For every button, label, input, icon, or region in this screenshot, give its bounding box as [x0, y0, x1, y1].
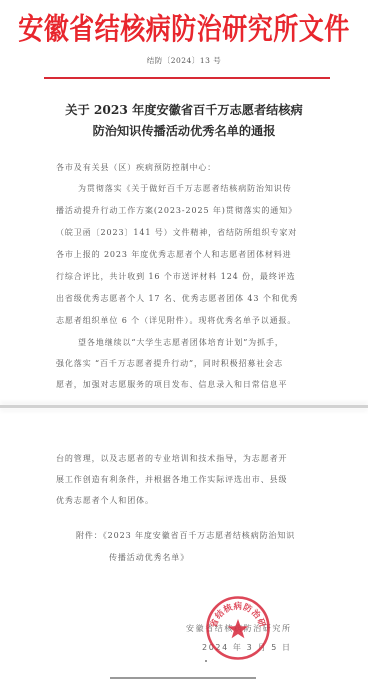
footer-rule — [110, 677, 256, 679]
paragraph-line: 行综合评比，共计收到 16 个市送评材料 124 份，最终评选 — [56, 271, 296, 282]
paragraph-line: 播活动提升行动工作方案(2023-2025 年)贯彻落实的通知》 — [56, 205, 297, 216]
paragraph-line: 展工作创造有利条件，并根据各地工作实际评选出市、县级 — [56, 474, 287, 485]
paragraph-line: 各市上报的 2023 年度优秀志愿者个人和志愿者团体材料进 — [56, 249, 292, 260]
notice-title: 关于 2023 年度安徽省百千万志愿者结核病 防治知识传播活动优秀名单的通报 — [0, 100, 368, 142]
official-seal-icon: 安徽省结核病防治研究所 — [205, 595, 271, 661]
paragraph-line: （皖卫函〔2023〕141 号）文件精神，省结防所组织专家对 — [56, 227, 297, 238]
scan-speck — [205, 660, 207, 662]
paragraph-line: 志愿者组织单位 6 个（详见附件）。现将优秀名单予以通报。 — [56, 315, 296, 326]
attachment-line-1: 附件：《2023 年度安徽省百千万志愿者结核病防治知识 — [76, 530, 295, 541]
attachment-line-2: 传播活动优秀名单》 — [109, 552, 189, 563]
notice-title-line-2: 防治知识传播活动优秀名单的通报 — [0, 121, 368, 142]
paragraph-line: 愿者，加强对志愿服务的项目发布、信息录入和日常信息平 — [56, 379, 287, 390]
paragraph-line: 优秀志愿者个人和团体。 — [56, 495, 154, 506]
notice-title-line-1: 关于 2023 年度安徽省百千万志愿者结核病 — [0, 100, 368, 121]
paragraph-line: 强化落实 “百千万志愿者提升行动”，同时积极招募社会志 — [56, 358, 283, 369]
document-number: 结防〔2024〕13 号 — [0, 55, 368, 66]
header-red-rule — [44, 77, 330, 79]
paragraph-line: 望各地继续以“大学生志愿者团体培育计划”为抓手， — [78, 337, 284, 348]
paragraph-line: 台的管理，以及志愿者的专业培训和技术指导，为志愿者开 — [56, 453, 287, 464]
page-break-divider — [0, 405, 368, 408]
salutation: 各市及有关县（区）疾病预防控制中心： — [56, 162, 216, 173]
org-header-title: 安徽省结核病防治研究所文件 — [0, 6, 368, 48]
paragraph-line: 出省级优秀志愿者个人 17 名、优秀志愿者团体 43 个和优秀 — [56, 293, 298, 304]
paragraph-line: 为贯彻落实《关于做好百千万志愿者结核病防治知识传 — [78, 183, 292, 194]
